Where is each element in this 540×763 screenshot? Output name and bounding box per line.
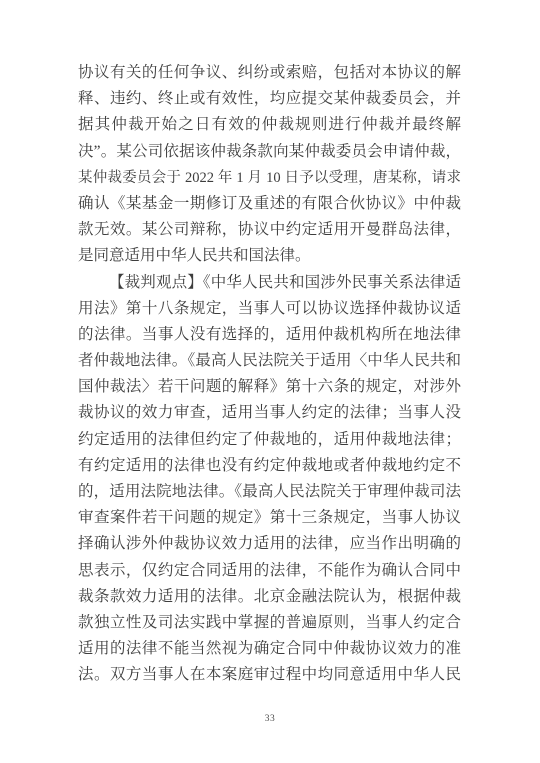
text-line: 是同意适用中华人民共和国法律。	[78, 243, 461, 269]
text-line: 【裁判观点】《中华人民共和国涉外民事关系法律适	[78, 270, 461, 296]
page-number: 33	[0, 714, 540, 724]
body-text: 协议有关的任何争议、纠纷或索赔，包括对本协议的解 释、违约、终止或有效性，均应提…	[78, 60, 461, 689]
text-line: 约定适用的法律但约定了仲裁地的，适用仲裁地法律；没	[78, 427, 461, 453]
text-line: 裁协议的效力审查，适用当事人约定的法律；当事人没有	[78, 400, 461, 426]
text-line: 者仲裁地法律。《最高人民法院关于适用〈中华人民共和	[78, 348, 461, 374]
paragraph-court-opinion: 【裁判观点】《中华人民共和国涉外民事关系法律适 用法》第十八条规定，当事人可以协…	[78, 270, 461, 689]
text-line: 法。双方当事人在本案庭审过程中均同意适用中华人民共	[78, 662, 461, 688]
text-line: 款独立性及司法实践中掌握的普遍原则，当事人约定合同	[78, 610, 461, 636]
text-line: 确认《某基金一期修订及重述的有限合伙协议》中仲裁条	[78, 191, 461, 217]
text-line: 用法》第十八条规定，当事人可以协议选择仲裁协议适用	[78, 296, 461, 322]
text-line: 裁条款效力适用的法律。北京金融法院认为，根据仲裁条	[78, 584, 461, 610]
text-line: 协议有关的任何争议、纠纷或索赔，包括对本协议的解	[78, 60, 461, 86]
text-line: 适用的法律不能当然视为确定合同中仲裁协议效力的准据	[78, 636, 461, 662]
paragraph-facts: 协议有关的任何争议、纠纷或索赔，包括对本协议的解 释、违约、终止或有效性，均应提…	[78, 60, 461, 270]
text-line: 释、违约、终止或有效性，均应提交某仲裁委员会，并根	[78, 86, 461, 112]
document-page: 协议有关的任何争议、纠纷或索赔，包括对本协议的解 释、违约、终止或有效性，均应提…	[0, 0, 540, 763]
text-line: 有约定适用的法律也没有约定仲裁地或者仲裁地约定不明	[78, 453, 461, 479]
text-line: 某仲裁委员会于 2022 年 1 月 10 日予以受理，唐某称，请求	[78, 165, 461, 191]
text-line: 据其仲裁开始之日有效的仲裁规则进行仲裁并最终解	[78, 112, 461, 138]
text-line: 的法律。当事人没有选择的，适用仲裁机构所在地法律或	[78, 322, 461, 348]
text-line: 择确认涉外仲裁协议效力适用的法律，应当作出明确的意	[78, 531, 461, 557]
text-line: 国仲裁法〉若干问题的解释》第十六条的规定，对涉外仲	[78, 374, 461, 400]
text-line: 的，适用法院地法律。《最高人民法院关于审理仲裁司法	[78, 479, 461, 505]
text-line: 决”。某公司依据该仲裁条款向某仲裁委员会申请仲裁，	[78, 139, 461, 165]
text-line: 思表示，仅约定合同适用的法律，不能作为确认合同中仲	[78, 558, 461, 584]
text-line: 款无效。某公司辩称，协议中约定适用开曼群岛法律，但	[78, 217, 461, 243]
text-line: 审查案件若干问题的规定》第十三条规定，当事人协议选	[78, 505, 461, 531]
